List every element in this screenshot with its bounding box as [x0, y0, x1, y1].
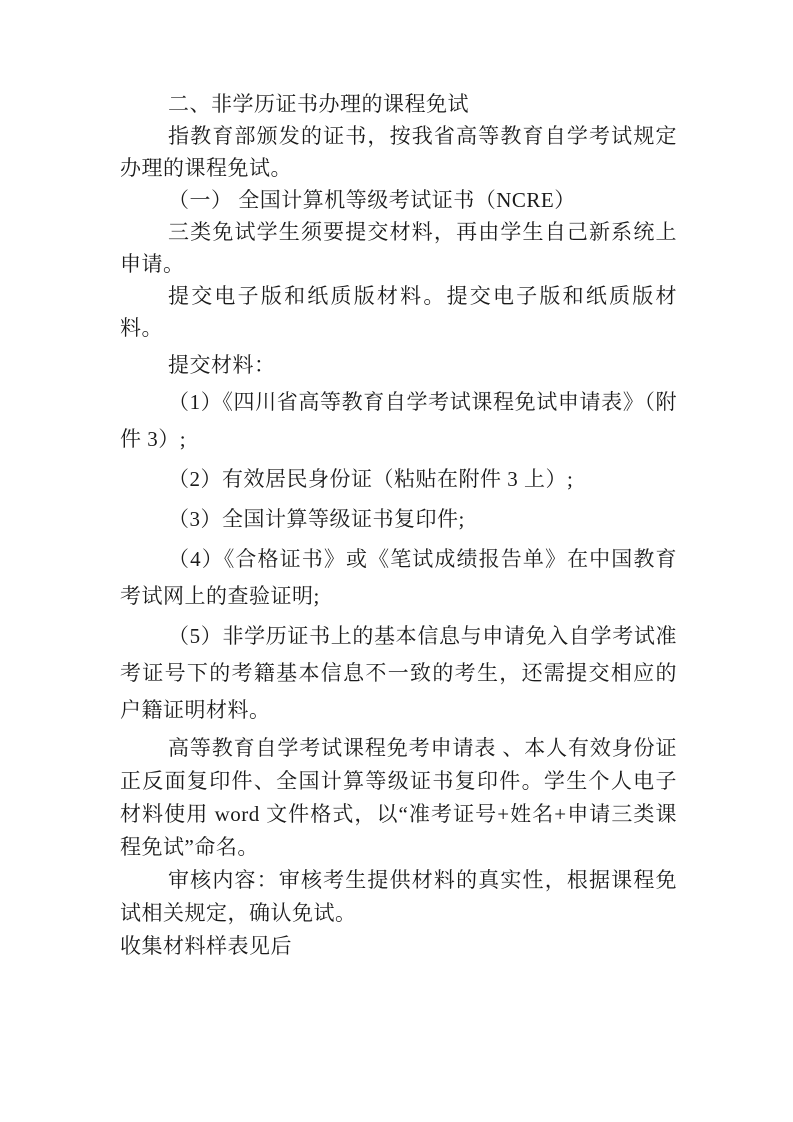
para-definition: 指教育部颁发的证书，按我省高等教育自学考试规定办理的课程免试。	[120, 120, 677, 184]
para-file-naming: 高等教育自学考试课程免考申请表 、本人有效身份证正反面复印件、全国计算等级证书复…	[120, 732, 677, 864]
para-submit-electronic-paper: 提交电子版和纸质版材料。提交电子版和纸质版材料。	[120, 280, 677, 344]
list-item-4-verification-proof: （4）《合格证书》或《笔试成绩报告单》在中国教育考试网上的查验证明;	[120, 541, 677, 615]
para-sample-table-note: 收集材料样表见后	[120, 930, 677, 963]
para-review-content: 审核内容：审核考生提供材料的真实性，根据课程免试相关规定，确认免试。	[120, 864, 677, 930]
list-item-1-application-form: （1）《四川省高等教育自学考试课程免试申请表》（附件 3）;	[120, 384, 677, 458]
para-three-types-submit: 三类免试学生须要提交材料，再由学生自己新系统上申请。	[120, 216, 677, 280]
section-heading-non-academic-certificate: 二、非学历证书办理的课程免试	[120, 88, 677, 120]
list-item-3-certificate-copy: （3）全国计算等级证书复印件;	[120, 501, 677, 538]
list-item-5-household-proof: （5）非学历证书上的基本信息与申请免入自学考试准考证号下的考籍基本信息不一致的考…	[120, 618, 677, 729]
list-item-2-id-card: （2）有效居民身份证（粘贴在附件 3 上）;	[120, 461, 677, 498]
document-content: 二、非学历证书办理的课程免试 指教育部颁发的证书，按我省高等教育自学考试规定办理…	[120, 88, 677, 963]
document-page: 二、非学历证书办理的课程免试 指教育部颁发的证书，按我省高等教育自学考试规定办理…	[0, 0, 793, 1122]
subsection-heading-ncre: （一） 全国计算机等级考试证书（NCRE）	[120, 184, 677, 216]
para-materials-label: 提交材料：	[120, 349, 677, 381]
